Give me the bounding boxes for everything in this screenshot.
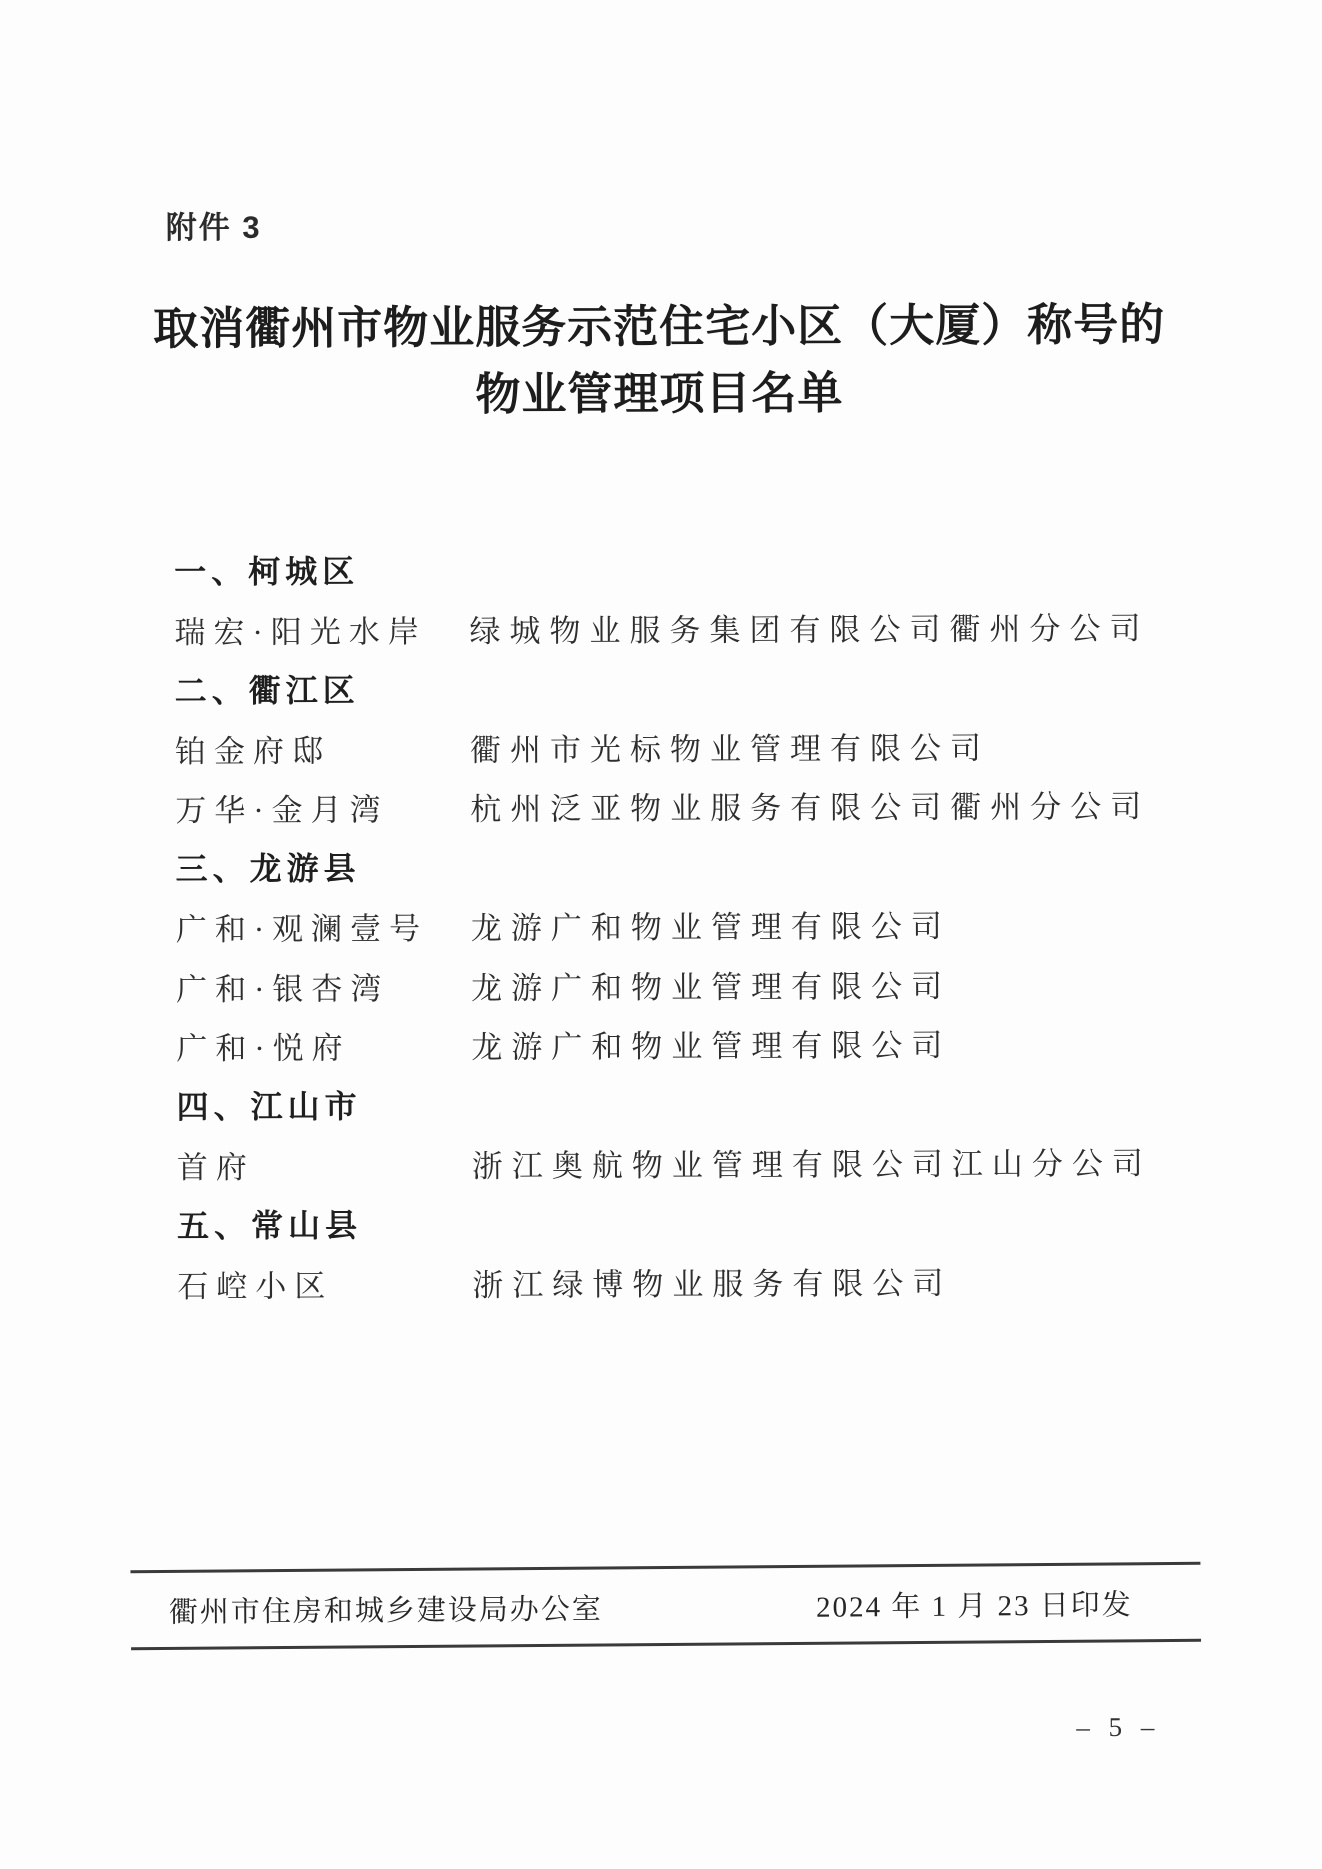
document-content: 附件 3 取消衢州市物业服务示范住宅小区（大厦）称号的物业管理项目名单 一、柯城… bbox=[0, 0, 1322, 1869]
table-row: 首府 浙江奥航物业管理有限公司江山分公司 bbox=[177, 1131, 1187, 1195]
title-line-1: 取消衢州市物业服务示范住宅小区（大厦）称号的 bbox=[153, 299, 1165, 354]
table-row: 万华·金月湾 杭州泛亚物业服务有限公司衢州分公司 bbox=[175, 774, 1185, 838]
page-number: – 5 – bbox=[1076, 1712, 1160, 1743]
issuer-office: 衢州市住房和城乡建设局办公室 bbox=[169, 1586, 603, 1630]
project-list: 一、柯城区 瑞宏·阳光水岸 绿城物业服务集团有限公司衢州分公司 二、衢江区 铂金… bbox=[174, 536, 1187, 1314]
project-name: 万华·金月湾 bbox=[175, 784, 470, 830]
project-name: 广和·观澜壹号 bbox=[176, 903, 471, 949]
company-name: 浙江绿博物业服务有限公司 bbox=[472, 1258, 952, 1305]
section-heading-qujiang: 二、衢江区 bbox=[175, 655, 1185, 719]
document-page: 附件 3 取消衢州市物业服务示范住宅小区（大厦）称号的物业管理项目名单 一、柯城… bbox=[0, 0, 1322, 1869]
project-name: 广和·悦府 bbox=[176, 1022, 471, 1068]
table-row: 瑞宏·阳光水岸 绿城物业服务集团有限公司衢州分公司 bbox=[174, 595, 1184, 659]
company-name: 衢州市光标物业管理有限公司 bbox=[470, 722, 990, 769]
section-heading-jiangshan: 四、江山市 bbox=[176, 1071, 1186, 1135]
project-name: 铂金府邸 bbox=[175, 725, 470, 771]
project-name: 石崆小区 bbox=[177, 1260, 472, 1306]
table-row: 石崆小区 浙江绿博物业服务有限公司 bbox=[177, 1250, 1187, 1314]
company-name: 绿城物业服务集团有限公司衢州分公司 bbox=[469, 603, 1149, 651]
table-row: 铂金府邸 衢州市光标物业管理有限公司 bbox=[175, 714, 1185, 778]
company-name: 龙游广和物业管理有限公司 bbox=[471, 960, 951, 1007]
table-row: 广和·观澜壹号 龙游广和物业管理有限公司 bbox=[176, 893, 1186, 957]
title-line-2: 物业管理项目名单 bbox=[475, 367, 843, 420]
project-name: 首府 bbox=[177, 1141, 472, 1187]
table-row: 广和·银杏湾 龙游广和物业管理有限公司 bbox=[176, 952, 1186, 1016]
document-title: 取消衢州市物业服务示范住宅小区（大厦）称号的物业管理项目名单 bbox=[0, 290, 1321, 430]
section-heading-kecheng: 一、柯城区 bbox=[174, 536, 1184, 600]
project-name: 广和·银杏湾 bbox=[176, 963, 471, 1009]
company-name: 杭州泛亚物业服务有限公司衢州分公司 bbox=[470, 781, 1150, 829]
section-heading-changshan: 五、常山县 bbox=[177, 1190, 1187, 1254]
document-footer: 衢州市住房和城乡建设局办公室 2024 年 1 月 23 日印发 bbox=[130, 1562, 1201, 1650]
company-name: 龙游广和物业管理有限公司 bbox=[471, 1020, 951, 1067]
company-name: 龙游广和物业管理有限公司 bbox=[471, 901, 951, 948]
table-row: 广和·悦府 龙游广和物业管理有限公司 bbox=[176, 1012, 1186, 1076]
attachment-label: 附件 3 bbox=[166, 202, 262, 247]
project-name: 瑞宏·阳光水岸 bbox=[174, 606, 469, 652]
company-name: 浙江奥航物业管理有限公司江山分公司 bbox=[472, 1138, 1152, 1186]
section-heading-longyou: 三、龙游县 bbox=[175, 833, 1185, 897]
print-date: 2024 年 1 月 23 日印发 bbox=[816, 1582, 1133, 1625]
